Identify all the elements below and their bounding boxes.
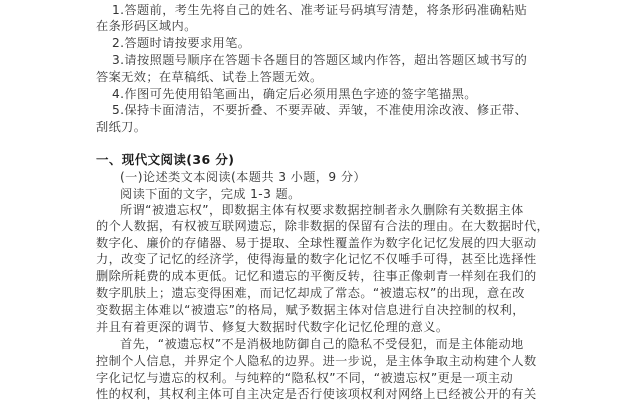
paragraph-1-line: 删除所耗费的成本更低。记忆和遗忘的平衡反转，往事正像刺青一样刻在我们的 [96,268,537,284]
section-title: 一、现代文阅读(36 分) [96,152,234,168]
paragraph-1-line: 力，改变了记忆的经济学，使得海量的数字化记忆不仅唾手可得，甚至比选择性 [96,251,537,267]
instruction-3-line-1: 3.请按照题号顺序在答题卡各题目的答题区域内作答，超出答题区域书写的 [112,52,527,68]
paragraph-1-line: 数字肌肤上；遗忘变得困难，而记忆却成了常态。“被遗忘权”的出现，意在改 [96,285,525,301]
instruction-3-line-2: 答案无效；在草稿纸、试卷上答题无效。 [96,69,323,85]
paragraph-1-line: 所谓“被遗忘权”，即数据主体有权要求数据控制者永久删除有关数据主体 [120,202,524,218]
paragraph-2-line: 首先，“被遗忘权”不是消极地防御自己的隐私不受侵犯，而是主体能动地 [120,336,524,352]
paragraph-1-line: 的个人数据，有权被互联网遗忘，除非数据的保留有合法的理由。在大数据时代， [96,218,549,234]
instruction-1-line-2: 在条形码区域内。 [96,18,197,34]
instruction-4: 4.作图可先使用铅笔画出，确定后必须用黑色字迹的签字笔描黑。 [112,86,477,102]
instruction-5-line-1: 5.保持卡面清洁，不要折叠、不要弄破、弄皱，不准使用涂改液、修正带、 [112,102,527,118]
paragraph-1-line: 变数据主体难以“被遗忘”的格局，赋予数据主体对信息进行自决控制的权利， [96,302,525,318]
instruction-1-line-1: 1.答题前，考生先将自己的姓名、准考证号码填写清楚，将条形码准确粘贴 [112,2,527,18]
paragraph-2-line: 控制个人信息，并界定个人隐私的边界。进一步说，是主体争取主动构建个人数 [96,353,537,369]
paragraph-1-line: 数字化、廉价的存储器、易于提取、全球性覆盖作为数字化记忆发展的四大驱动 [96,235,537,251]
instruction-5-line-2: 刮纸刀。 [96,119,146,135]
reading-prompt: 阅读下面的文字，完成 1-3 题。 [120,186,301,202]
instruction-2: 2.答题时请按要求用笔。 [112,35,250,51]
paragraph-2-line: 性的权利，其权利主体可自主决定是否行使该项权利对网络上已经被公开的有关 [96,386,537,400]
paragraph-2-line: 字化记忆与遗忘的权利。与纯粹的“隐私权”不同，“被遗忘权”更是一项主动 [96,370,513,386]
paragraph-1-line: 并且有着更深的调节、修复大数据时代数字化记忆伦理的意义。 [96,319,448,335]
subsection-title: (一)论述类文本阅读(本题共 3 小题，9 分） [120,169,366,185]
